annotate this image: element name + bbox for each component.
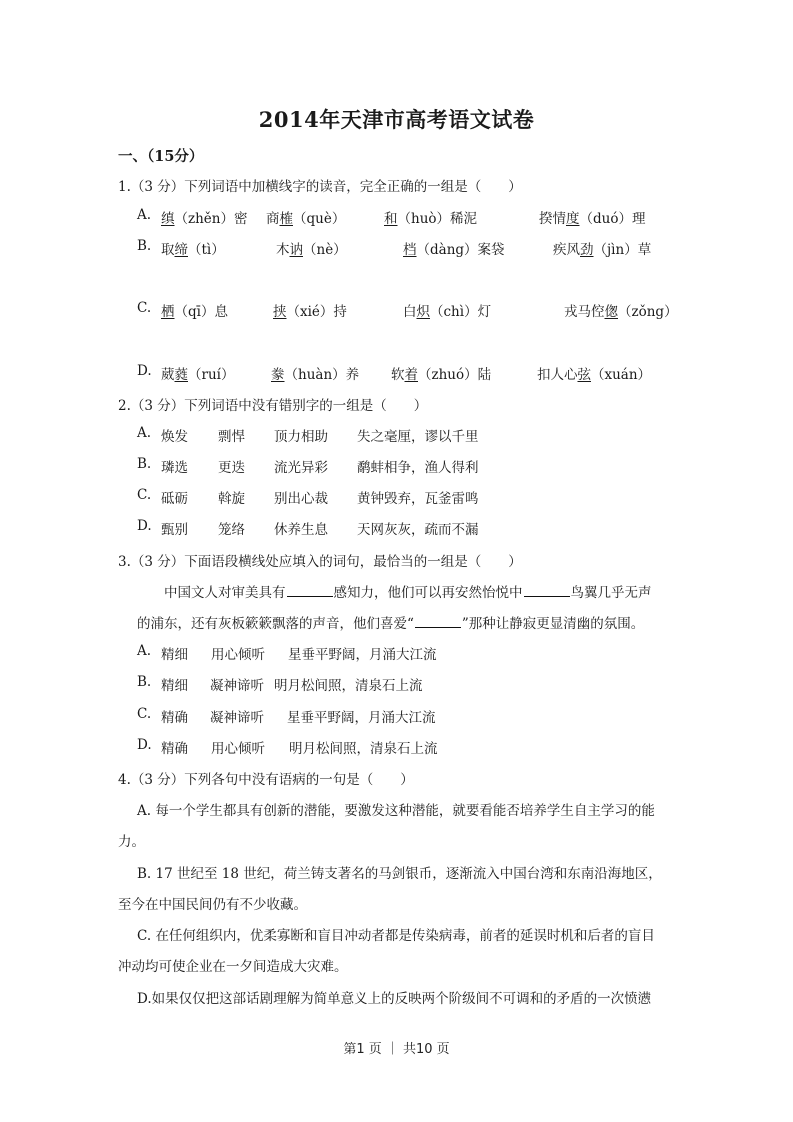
- option-word: 顶力相助: [274, 425, 328, 445]
- option-line: 冲动均可使企业在一夕间造成大灾难。: [118, 955, 348, 975]
- option-word: 剽悍: [218, 425, 245, 445]
- option-line: D.如果仅仅把这部话剧理解为简单意义上的反映两个阶级间不可调和的矛盾的一次愤懑: [137, 987, 651, 1007]
- option-item: 疾风劲（jìn）草: [553, 238, 651, 258]
- option-word: 天网灰灰，疏而不漏: [357, 518, 479, 538]
- option-item: 戎马倥偬（zǒng）: [564, 300, 678, 320]
- option-line: 至今在中国民间仍有不少收藏。: [118, 893, 307, 913]
- option-item: 和（huò）稀泥: [384, 207, 477, 227]
- option-line: 力。: [118, 830, 145, 850]
- option-word: 砥砺: [161, 487, 188, 507]
- option-label: D.: [137, 363, 152, 379]
- option-item: 揆情度（duó）理: [539, 207, 645, 227]
- option-item: 缜（zhěn）密: [161, 207, 248, 227]
- option-word: 休养生息: [274, 518, 328, 538]
- option-item: 软着（zhuó）陆: [391, 363, 491, 383]
- option-item: 档（dàng）案袋: [403, 238, 505, 258]
- option-word: 璘选: [161, 456, 188, 476]
- page-footer: 第1 页 ｜ 共10 页: [0, 1038, 793, 1057]
- option-word: 用心倾听: [211, 643, 265, 663]
- option-word: 星垂平野阔，月涌大江流: [288, 643, 437, 663]
- option-word: 精细: [161, 643, 188, 663]
- question-1-stem: 1.（3 分）下列词语中加横线字的读音，完全正确的一组是（ ）: [118, 175, 522, 195]
- option-item: 栖（qī）息: [161, 300, 228, 320]
- fill-blank-3: [415, 613, 461, 628]
- option-word: 凝神谛听: [210, 706, 264, 726]
- option-word: 用心倾听: [211, 737, 265, 757]
- question-3-passage-line-2: 的浦东，还有灰板簌簌飘落的声音，他们喜爱“”那种让静寂更显清幽的氛围。: [137, 612, 644, 632]
- question-2-stem: 2.（3 分）下列词语中没有错别字的一组是（ ）: [118, 394, 427, 414]
- option-line: A. 每一个学生都具有创新的潜能，要激发这种潜能，就要看能否培养学生自主学习的能: [137, 799, 655, 819]
- option-word: 黄钟毁弃，瓦釜雷鸣: [357, 487, 479, 507]
- option-label: A.: [137, 643, 151, 659]
- fill-blank-2: [524, 582, 570, 597]
- option-item: 取缔（tì）: [161, 238, 225, 258]
- option-label: A.: [137, 207, 151, 223]
- option-label: A.: [137, 425, 151, 441]
- option-item: 商榷（què）: [266, 207, 345, 227]
- option-label: D.: [137, 518, 152, 534]
- option-item: 木讷（nè）: [276, 238, 347, 258]
- option-word: 精确: [161, 706, 188, 726]
- question-3-stem: 3.（3 分）下面语段横线处应填入的词句，最恰当的一组是（ ）: [118, 550, 522, 570]
- option-word: 甄别: [161, 518, 188, 538]
- option-word: 更迭: [218, 456, 245, 476]
- option-label: B.: [137, 238, 151, 254]
- option-label: B.: [137, 456, 151, 472]
- option-item: 葳蕤（ruí）: [161, 363, 234, 383]
- option-word: 明月松间照，清泉石上流: [289, 737, 438, 757]
- option-line: C. 在任何组织内，优柔寡断和盲目冲动者都是传染病毒，前者的延误时机和后者的盲目: [137, 924, 655, 944]
- option-word: 凝神谛听: [210, 674, 264, 694]
- option-word: 星垂平野阔，月涌大江流: [287, 706, 436, 726]
- option-word: 焕发: [161, 425, 188, 445]
- option-word: 鹬蚌相争，渔人得利: [357, 456, 479, 476]
- option-word: 明月松间照，清泉石上流: [274, 674, 423, 694]
- option-line: B. 17 世纪至 18 世纪，荷兰铸支著名的马剑银币，逐渐流入中国台湾和东南沿…: [137, 862, 662, 882]
- option-word: 精细: [161, 674, 188, 694]
- question-3-passage-line-1: 中国文人对审美具有感知力，他们可以再安然怡悦中鸟翼几乎无声: [164, 581, 652, 601]
- option-label: C.: [137, 706, 151, 722]
- option-word: 失之毫厘，谬以千里: [357, 425, 479, 445]
- option-label: D.: [137, 737, 152, 753]
- question-4-stem: 4.（3 分）下列各句中没有语病的一句是（ ）: [118, 768, 414, 788]
- option-item: 豢（huàn）养: [271, 363, 359, 383]
- option-item: 扣人心弦（xuán）: [537, 363, 651, 383]
- option-word: 别出心裁: [274, 487, 328, 507]
- fill-blank-1: [287, 582, 333, 597]
- option-item: 挟（xié）持: [273, 300, 347, 320]
- option-word: 精确: [161, 737, 188, 757]
- option-label: C.: [137, 487, 151, 503]
- document-title: 2014年天津市高考语文试卷: [0, 104, 793, 134]
- option-label: C.: [137, 300, 151, 316]
- option-word: 笼络: [218, 518, 245, 538]
- option-word: 斡旋: [218, 487, 245, 507]
- option-word: 流光异彩: [274, 456, 328, 476]
- option-label: B.: [137, 674, 151, 690]
- section-heading: 一、（15分）: [118, 145, 203, 166]
- option-item: 白炽（chì）灯: [403, 300, 491, 320]
